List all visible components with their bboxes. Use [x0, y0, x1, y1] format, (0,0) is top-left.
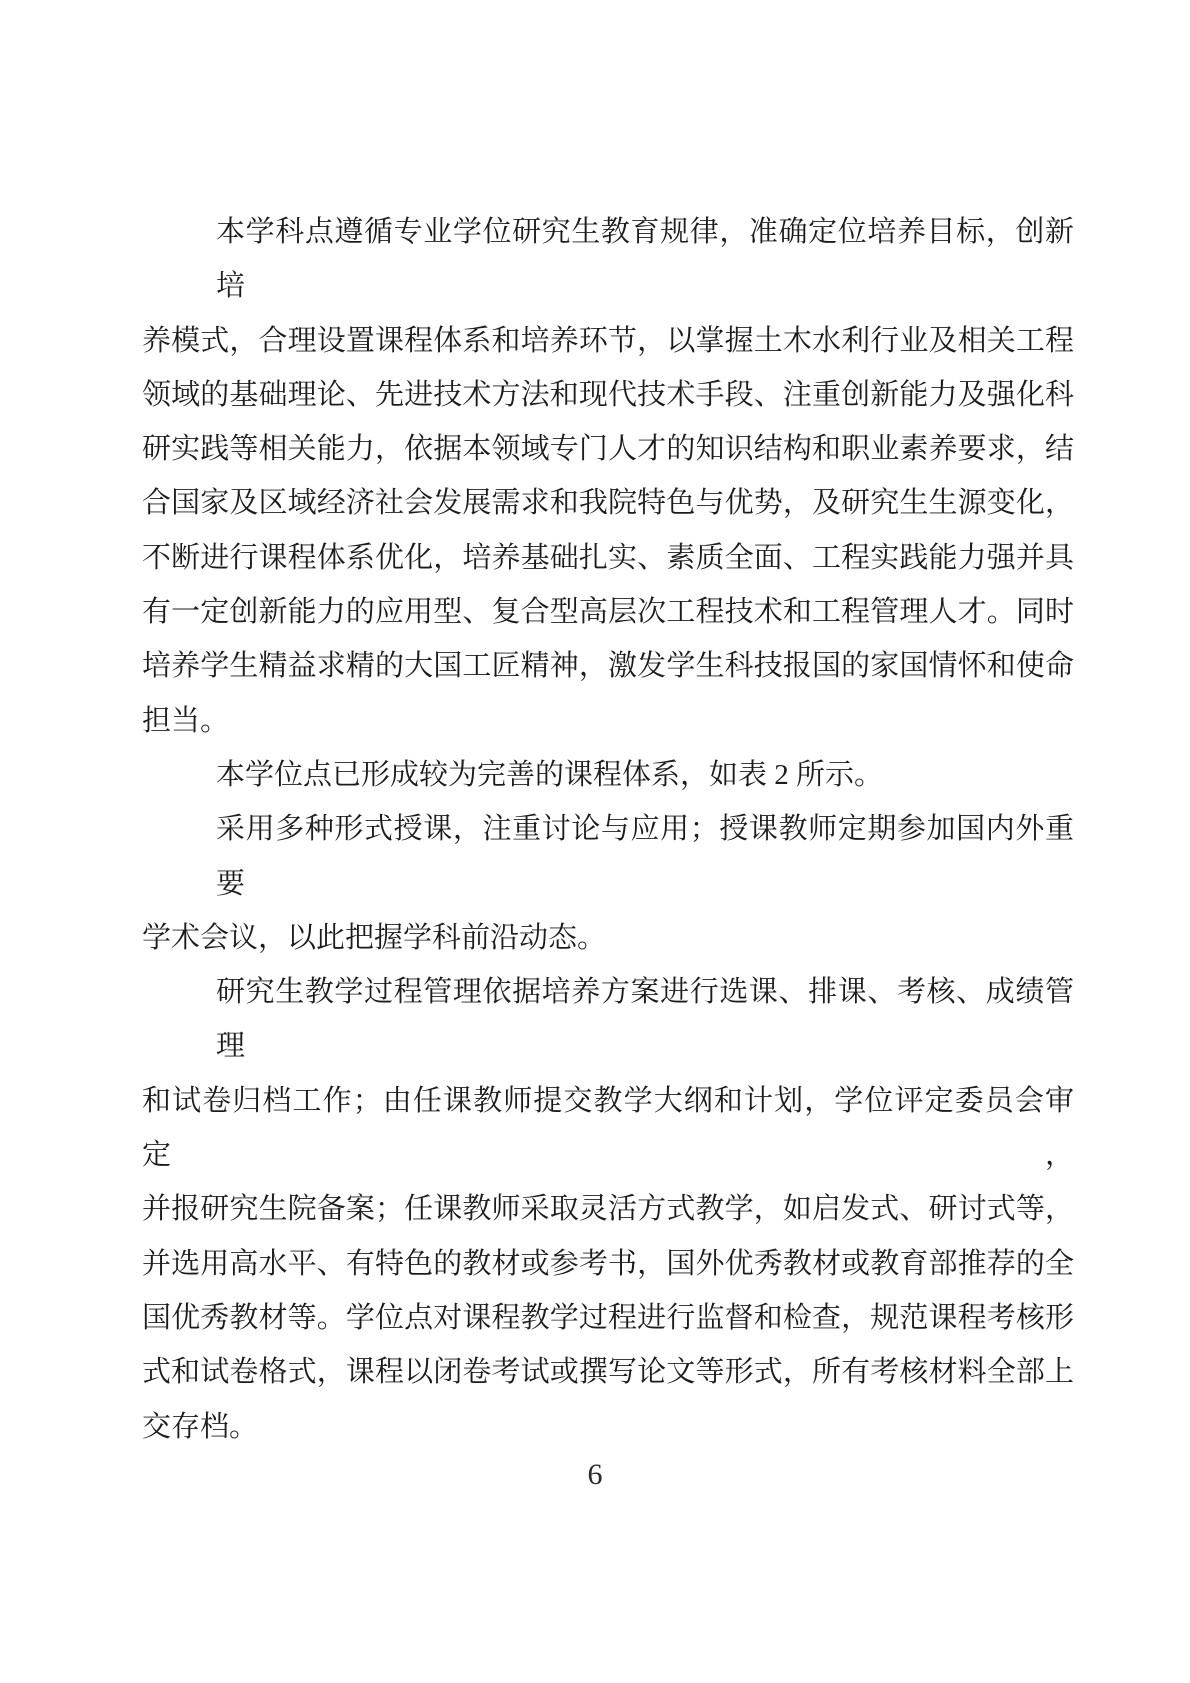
paragraph: 采用多种形式授课，注重讨论与应用；授课教师定期参加国内外重要 学术会议，以此把握… — [142, 802, 1074, 965]
text-line: 培养学生精益求精的大国工匠精神，激发学生科技报国的家国情怀和使命 — [142, 639, 1074, 693]
paragraph: 研究生教学过程管理依据培养方案进行选课、排课、考核、成绩管理 和试卷归档工作；由… — [142, 965, 1074, 1454]
text-line: 并报研究生院备案；任课教师采取灵活方式教学，如启发式、研讨式等， — [142, 1182, 1074, 1236]
text-line: 有一定创新能力的应用型、复合型高层次工程技术和工程管理人才。同时 — [142, 585, 1074, 639]
text-line: 国优秀教材等。学位点对课程教学过程进行监督和检查，规范课程考核形 — [142, 1291, 1074, 1345]
text-line: 和试卷归档工作；由任课教师提交教学大纲和计划，学位评定委员会审定， — [142, 1074, 1074, 1183]
text-line: 不断进行课程体系优化，培养基础扎实、素质全面、工程实践能力强并具 — [142, 531, 1074, 585]
text-line: 研实践等相关能力，依据本领域专门人才的知识结构和职业素养要求，结 — [142, 422, 1074, 476]
paragraph: 本学科点遵循专业学位研究生教育规律，准确定位培养目标，创新培 养模式，合理设置课… — [142, 205, 1074, 748]
document-body: 本学科点遵循专业学位研究生教育规律，准确定位培养目标，创新培 养模式，合理设置课… — [142, 205, 1074, 1454]
text-line: 并选用高水平、有特色的教材或参考书，国外优秀教材或教育部推荐的全 — [142, 1237, 1074, 1291]
page-number: 6 — [0, 1458, 1190, 1492]
text-line: 养模式，合理设置课程体系和培养环节，以掌握土木水利行业及相关工程 — [142, 314, 1074, 368]
text-line: 本学科点遵循专业学位研究生教育规律，准确定位培养目标，创新培 — [142, 205, 1074, 314]
text-line: 交存档。 — [142, 1400, 1074, 1454]
text-line: 本学位点已形成较为完善的课程体系，如表 2 所示。 — [142, 748, 1074, 802]
text-line: 担当。 — [142, 694, 1074, 748]
text-line: 合国家及区域经济社会发展需求和我院特色与优势，及研究生生源变化， — [142, 476, 1074, 530]
text-line: 采用多种形式授课，注重讨论与应用；授课教师定期参加国内外重要 — [142, 802, 1074, 911]
text-line: 领域的基础理论、先进技术方法和现代技术手段、注重创新能力及强化科 — [142, 368, 1074, 422]
document-page: 本学科点遵循专业学位研究生教育规律，准确定位培养目标，创新培 养模式，合理设置课… — [0, 0, 1190, 1683]
text-line: 学术会议，以此把握学科前沿动态。 — [142, 911, 1074, 965]
text-line: 研究生教学过程管理依据培养方案进行选课、排课、考核、成绩管理 — [142, 965, 1074, 1074]
paragraph: 本学位点已形成较为完善的课程体系，如表 2 所示。 — [142, 748, 1074, 802]
text-line: 式和试卷格式，课程以闭卷考试或撰写论文等形式，所有考核材料全部上 — [142, 1345, 1074, 1399]
